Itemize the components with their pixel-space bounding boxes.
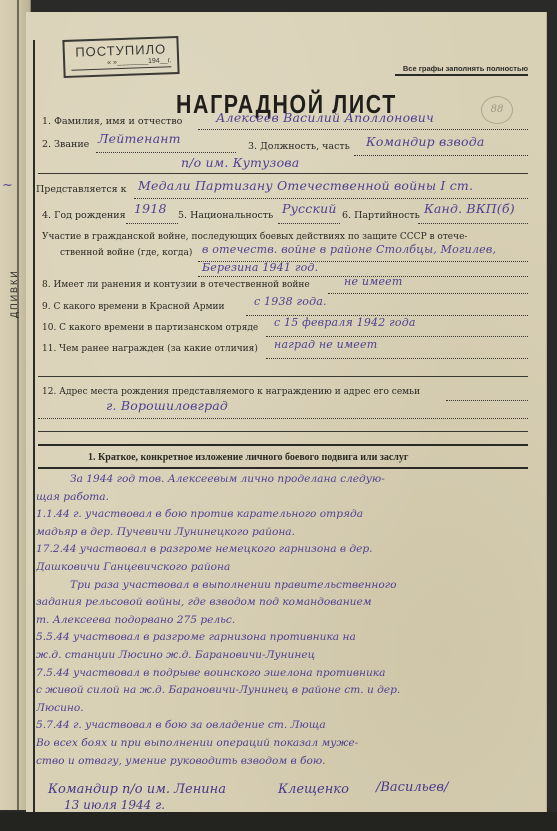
field-4-value: 1918	[134, 201, 167, 216]
narrative-line: 5.7.44 г. участвовал в бою за овладение …	[36, 719, 532, 731]
presented-label: Представляется к	[36, 184, 127, 195]
field-7-value-continued: Березина 1941 год.	[202, 261, 318, 274]
signature-mark: Клещенко	[278, 782, 349, 797]
narrative-line: т. Алексеева подорвано 275 рельс.	[36, 614, 532, 626]
field-3-line	[354, 155, 528, 156]
received-stamp: ПОСТУПИЛО « »________194__г.	[62, 36, 179, 78]
field-10-line	[266, 336, 528, 337]
narrative-line: 7.5.44 участвовал в подрыве воинского эш…	[36, 667, 532, 679]
field-12-line	[446, 400, 528, 401]
field-3-label: 3. Должность, часть	[248, 141, 350, 152]
presented-line	[134, 198, 528, 199]
presented-value: Медали Партизану Отечественной войны I с…	[138, 178, 473, 193]
field-1-label: 1. Фамилия, имя и отчество	[42, 116, 182, 127]
field-6-label: 6. Партийность	[342, 210, 420, 221]
field-10-value: с 15 февраля 1942 года	[274, 316, 416, 329]
narrative-line: За 1944 год тов. Алексеевым лично продел…	[70, 473, 532, 485]
narrative-line: ж.д. станции Люсино ж.д. Барановичи-Луни…	[36, 649, 532, 661]
field-6-value: Канд. ВКП(б)	[424, 201, 515, 216]
field-12-value: г. Ворошиловград	[106, 398, 228, 413]
narrative-line: 17.2.44 участвовал в разгроме немецкого …	[36, 543, 532, 555]
pencil-mark: 88	[481, 96, 513, 124]
field-9-value: с 1938 года.	[254, 295, 327, 308]
field-8-value: не имеет	[344, 275, 403, 288]
field-12-line-2	[38, 418, 528, 419]
field-11-value: наград не имеет	[274, 338, 377, 351]
field-5-label: 5. Национальность	[178, 210, 273, 221]
field-11-line	[266, 358, 528, 359]
field-2-label: 2. Звание	[42, 139, 89, 150]
field-10-label: 10. С какого времени в партизанском отря…	[42, 323, 258, 333]
section-1-heading: 1. Краткое, конкретное изложение личного…	[88, 452, 408, 463]
fill-instruction: Все графы заполнять полностью	[395, 64, 528, 76]
field-3-value: Командир взвода	[366, 134, 484, 149]
narrative-line: мадьяр в дер. Пучевичи Лунинецкого район…	[36, 526, 532, 538]
signature-position: Командир п/о им. Ленина	[48, 782, 226, 797]
margin-scribble: ~	[2, 178, 13, 193]
vertical-margin-label: ДПИВКИ	[9, 269, 19, 318]
field-12-line-3	[38, 431, 528, 432]
field-7-label-line-2: ственной войне (где, когда)	[60, 248, 192, 258]
narrative-line: Дашковичи Ганцевичского района	[36, 561, 532, 573]
scan-background-bottom	[0, 812, 557, 831]
field-7-value: в отечеств. войне в районе Столбцы, Моги…	[202, 243, 496, 256]
field-1-value: Алексеев Василий Аполлонович	[216, 110, 434, 125]
signature-name: /Васильев/	[376, 780, 448, 795]
field-11-line-2	[38, 376, 528, 377]
narrative-line: с живой силой на ж.д. Барановичи-Лунинец…	[36, 684, 532, 696]
field-1-line	[198, 129, 528, 130]
narrative-line: 1.1.44 г. участвовал в бою против карате…	[36, 508, 532, 520]
field-3-line-2	[38, 173, 528, 174]
field-7-label-line-1: Участие в гражданской войне, последующих…	[42, 232, 467, 242]
field-12-label: 12. Адрес места рождения представляемого…	[42, 387, 420, 397]
narrative-line: 5.5.44 участвовал в разгроме гарнизона п…	[36, 631, 532, 643]
field-6-line	[418, 223, 528, 224]
field-3-value-continued: п/о им. Кутузова	[181, 155, 299, 170]
signature-date: 13 июля 1944 г.	[64, 798, 165, 812]
field-8-label: 8. Имеет ли ранения и контузии в отечест…	[42, 280, 310, 290]
narrative-line: Во всех боях и при выполнении операций п…	[36, 737, 532, 749]
section-1-heading-rule	[38, 467, 528, 469]
field-5-value: Русский	[282, 201, 337, 216]
award-sheet: ПОСТУПИЛО « »________194__г. Все графы з…	[26, 12, 546, 812]
field-4-label: 4. Год рождения	[42, 210, 126, 221]
narrative-line: Три раза участвовал в выполнении правите…	[70, 579, 532, 591]
margin-rule	[33, 40, 35, 812]
stamp-date-line: « »________194__г.	[71, 57, 171, 70]
narrative-line: ство и отвагу, умение руководить взводом…	[36, 755, 532, 767]
field-9-label: 9. С какого времени в Красной Армии	[42, 302, 224, 312]
narrative-line: задания рельсовой войны, где взводом под…	[36, 596, 532, 608]
section-divider	[38, 444, 528, 446]
narrative-line: Люсино.	[36, 702, 532, 714]
field-5-line	[278, 223, 340, 224]
binding-line	[17, 0, 19, 810]
field-4-line	[126, 223, 178, 224]
field-2-value: Лейтенант	[98, 131, 181, 146]
field-2-line	[96, 152, 236, 153]
field-8-line	[328, 293, 528, 294]
field-11-label: 11. Чем ранее награжден (за какие отличи…	[42, 344, 258, 354]
narrative-line: щая работа.	[36, 491, 532, 503]
